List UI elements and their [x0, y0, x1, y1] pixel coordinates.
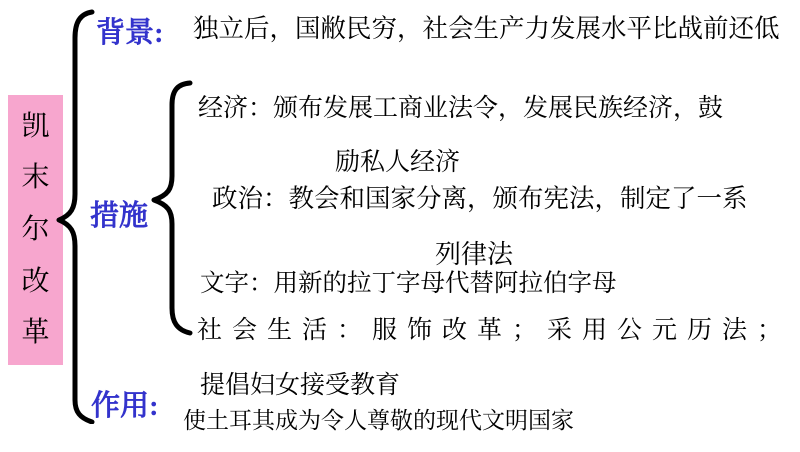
measure-social-life-line2: 提倡妇女接受教育: [200, 371, 400, 401]
measure-economy-line2: 励私人经济: [335, 148, 460, 178]
effect-text: 使土耳其成为令人尊敬的现代文明国家: [183, 407, 574, 435]
root-title-char: 凯: [21, 113, 49, 141]
kemal-reform-diagram: 凯 末 尔 改 革 背景: 措施 作用: 独立后，国敝民穷，社会生产力发展水平比…: [0, 0, 800, 452]
measure-script-line: 文字：用新的拉丁字母代替阿拉伯字母: [200, 269, 617, 298]
measures-brace: [146, 80, 198, 336]
section-label-background: 背景:: [96, 18, 164, 50]
section-label-measures: 措施: [90, 201, 148, 233]
measure-economy-line1: 经济：颁布发展工商业法令，发展民族经济，鼓: [198, 94, 723, 124]
background-text: 独立后，国敝民穷，社会生产力发展水平比战前还低: [193, 14, 780, 45]
root-title-char: 尔: [21, 216, 49, 244]
section-label-effect: 作用:: [91, 391, 159, 423]
measure-politics-line1: 政治：教会和国家分离，颁布宪法，制定了一系: [212, 184, 748, 215]
root-title-char: 改: [21, 268, 49, 296]
measure-politics-line2: 列律法: [435, 239, 513, 270]
measure-social-life-line1: 社会生活：服饰改革；采用公元历法；: [197, 316, 792, 346]
root-title-char: 末: [21, 164, 49, 192]
root-title-char: 革: [21, 319, 49, 347]
